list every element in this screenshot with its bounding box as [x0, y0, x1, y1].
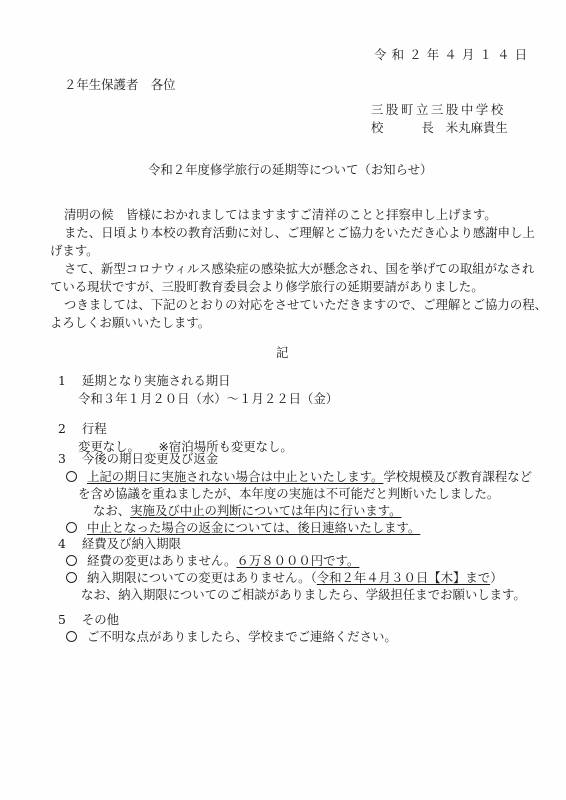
section-4-heading: 4経費及び納入期限	[58, 536, 181, 551]
section-3-item-1-line-2: を含め協議を重ねましたが、本年度の実施は不可能だと判断いたしました。	[78, 486, 499, 501]
section-3-item-1: 上記の期日に実施されない場合は中止といたします。学校規模及び教育課程など	[66, 469, 532, 484]
document-title: 令和２年度修学旅行の延期等について（お知らせ）	[148, 162, 432, 177]
date: 令和２年４月１４日	[374, 47, 532, 62]
sender-title: 校	[371, 120, 383, 135]
section-4-item-1: 経費の変更はありません。６万８０００円です。	[66, 553, 359, 568]
section-1-content: 令和３年１月２０日（水）～１月２２日（金）	[78, 391, 338, 406]
body-line-7: よろしくお願いいたします。	[50, 315, 210, 330]
section-5-heading: 5その他	[58, 612, 119, 627]
section-4-item-2-line-2: なお、納入期限についてのご相談がありましたら、学級担任までお願いします。	[81, 587, 526, 602]
document-page: 令和２年４月１４日 ２年生保護者 各位 三股町立三股中学校 校長米丸麻貴生 令和…	[0, 0, 566, 800]
ki-heading: 記	[276, 345, 288, 360]
section-5-item-1: ご不明な点がありましたら、学校までご連絡ください。	[66, 629, 397, 644]
body-line-3: げます。	[50, 243, 99, 258]
section-number: 1	[58, 373, 66, 388]
section-4-item-2: 納入期限についての変更はありません。（令和２年４月３０日【木】まで）	[66, 570, 503, 585]
sender-name: 米丸麻貴生	[446, 120, 508, 135]
sender-principal: 校長米丸麻貴生	[371, 120, 508, 135]
bullet-circle-icon	[66, 522, 77, 533]
sender-title-2: 長	[421, 120, 433, 135]
bullet-circle-icon	[66, 555, 77, 566]
body-line-6: つきましては、下記のとおりの対応をさせていただきますので、ご理解とご協力の程、	[64, 297, 547, 312]
bullet-circle-icon	[66, 471, 77, 482]
sender-school: 三股町立三股中学校	[371, 102, 506, 117]
body-line-4: さて、新型コロナウィルス感染症の感染拡大が懸念され、国を挙げての取組がなされ	[64, 261, 534, 276]
section-number: 3	[58, 451, 66, 466]
section-3-item-2: 中止となった場合の返金については、後日連絡いたします。	[66, 520, 420, 535]
section-number: 5	[58, 612, 66, 627]
bullet-circle-icon	[66, 631, 77, 642]
bullet-circle-icon	[66, 572, 77, 583]
section-2-heading: 2行程	[58, 421, 107, 436]
body-line-2: また、日頃より本校の教育活動に対し、ご理解とご協力をいただき心より感謝申し上	[64, 225, 535, 240]
body-line-1: 清明の候 皆様におかれましてはますますご清祥のことと拝察申し上げます。	[64, 207, 497, 222]
body-line-5: ている現状ですが、三股町教育委員会より修学旅行の延期要請がありました。	[50, 279, 484, 294]
section-1-heading: 1延期となり実施される期日	[58, 373, 231, 388]
section-number: 2	[58, 421, 66, 436]
section-3-item-1-line-3: なお、実施及び中止の判断については年内に行います。	[93, 503, 402, 518]
section-number: 4	[58, 536, 66, 551]
section-3-heading: 3今後の期日変更及び返金	[58, 451, 218, 466]
recipient: ２年生保護者 各位	[64, 77, 176, 92]
